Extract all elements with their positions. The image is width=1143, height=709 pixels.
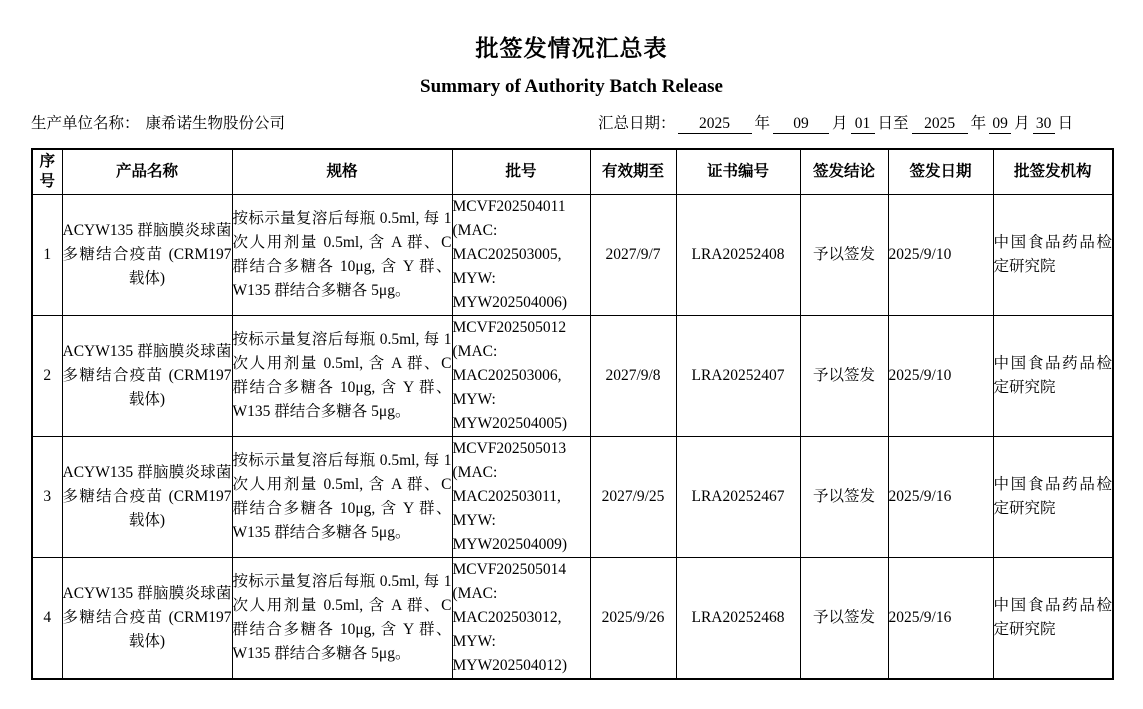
cell-issue-date: 2025/9/16 (888, 558, 993, 680)
cell-seq: 4 (32, 558, 62, 680)
cell-product: ACYW135 群脑膜炎球菌多糖结合疫苗 (CRM197 载体) (62, 195, 232, 316)
cell-product: ACYW135 群脑膜炎球菌多糖结合疫苗 (CRM197 载体) (62, 316, 232, 437)
cell-agency: 中国食品药品检定研究院 (993, 316, 1113, 437)
summary-date-year-from: 2025 (678, 114, 752, 134)
cell-spec: 按标示量复溶后每瓶 0.5ml, 每 1 次人用剂量 0.5ml, 含 A 群、… (232, 437, 452, 558)
table-row: 2 ACYW135 群脑膜炎球菌多糖结合疫苗 (CRM197 载体) 按标示量复… (32, 316, 1113, 437)
summary-date-month-to: 09 (989, 114, 1011, 134)
unit-year-to: 年 (971, 115, 987, 132)
manufacturer-label: 生产单位名称： (31, 115, 140, 132)
document-page: 批签发情况汇总表 Summary of Authority Batch Rele… (0, 0, 1143, 709)
table-row: 4 ACYW135 群脑膜炎球菌多糖结合疫苗 (CRM197 载体) 按标示量复… (32, 558, 1113, 680)
cell-batch: MCVF202505014 (MAC: MAC202503012, MYW: M… (452, 558, 590, 680)
manufacturer-line: 生产单位名称：康希诺生物股份公司 (31, 111, 285, 133)
col-header-conclusion: 签发结论 (800, 149, 888, 195)
cell-seq: 2 (32, 316, 62, 437)
cell-seq: 1 (32, 195, 62, 316)
page-title: 批签发情况汇总表 (0, 30, 1143, 63)
page-subtitle: Summary of Authority Batch Release (0, 76, 1143, 98)
unit-month-to: 月 (1014, 115, 1030, 132)
cell-cert: LRA20252407 (676, 316, 800, 437)
summary-date-label: 汇总日期： (598, 115, 676, 132)
cell-issue-date: 2025/9/10 (888, 195, 993, 316)
summary-date-line: 汇总日期：2025年09月01日至2025年09月30日 (598, 111, 1074, 134)
table-row: 1 ACYW135 群脑膜炎球菌多糖结合疫苗 (CRM197 载体) 按标示量复… (32, 195, 1113, 316)
col-header-batch: 批号 (452, 149, 590, 195)
cell-agency: 中国食品药品检定研究院 (993, 195, 1113, 316)
cell-expiry: 2027/9/8 (590, 316, 676, 437)
cell-product: ACYW135 群脑膜炎球菌多糖结合疫苗 (CRM197 载体) (62, 558, 232, 680)
cell-spec: 按标示量复溶后每瓶 0.5ml, 每 1 次人用剂量 0.5ml, 含 A 群、… (232, 558, 452, 680)
summary-date-month-from: 09 (773, 114, 829, 134)
unit-month-from: 月 (832, 115, 848, 132)
cell-conclusion: 予以签发 (800, 316, 888, 437)
unit-year-from: 年 (755, 115, 771, 132)
cell-seq: 3 (32, 437, 62, 558)
cell-agency: 中国食品药品检定研究院 (993, 558, 1113, 680)
manufacturer-value: 康希诺生物股份公司 (146, 115, 286, 132)
summary-date-day-from: 01 (851, 114, 875, 134)
cell-issue-date: 2025/9/10 (888, 316, 993, 437)
col-header-agency: 批签发机构 (993, 149, 1113, 195)
batch-release-table: 序号 产品名称 规格 批号 有效期至 证书编号 签发结论 签发日期 批签发机构 … (31, 148, 1114, 680)
summary-date-year-to: 2025 (912, 114, 968, 134)
unit-day-to: 日至 (878, 115, 909, 132)
col-header-issue-date: 签发日期 (888, 149, 993, 195)
cell-product: ACYW135 群脑膜炎球菌多糖结合疫苗 (CRM197 载体) (62, 437, 232, 558)
cell-spec: 按标示量复溶后每瓶 0.5ml, 每 1 次人用剂量 0.5ml, 含 A 群、… (232, 316, 452, 437)
cell-cert: LRA20252408 (676, 195, 800, 316)
cell-agency: 中国食品药品检定研究院 (993, 437, 1113, 558)
col-header-cert: 证书编号 (676, 149, 800, 195)
table-row: 3 ACYW135 群脑膜炎球菌多糖结合疫苗 (CRM197 载体) 按标示量复… (32, 437, 1113, 558)
cell-conclusion: 予以签发 (800, 558, 888, 680)
cell-issue-date: 2025/9/16 (888, 437, 993, 558)
cell-cert: LRA20252467 (676, 437, 800, 558)
cell-batch: MCVF202505012 (MAC: MAC202503006, MYW: M… (452, 316, 590, 437)
cell-spec: 按标示量复溶后每瓶 0.5ml, 每 1 次人用剂量 0.5ml, 含 A 群、… (232, 195, 452, 316)
unit-day-end: 日 (1058, 115, 1074, 132)
cell-batch: MCVF202504011 (MAC: MAC202503005, MYW: M… (452, 195, 590, 316)
col-header-spec: 规格 (232, 149, 452, 195)
table-header-row: 序号 产品名称 规格 批号 有效期至 证书编号 签发结论 签发日期 批签发机构 (32, 149, 1113, 195)
cell-expiry: 2027/9/25 (590, 437, 676, 558)
col-header-seq: 序号 (32, 149, 62, 195)
cell-cert: LRA20252468 (676, 558, 800, 680)
col-header-product: 产品名称 (62, 149, 232, 195)
cell-expiry: 2025/9/26 (590, 558, 676, 680)
cell-conclusion: 予以签发 (800, 437, 888, 558)
cell-conclusion: 予以签发 (800, 195, 888, 316)
summary-date-day-to: 30 (1033, 114, 1055, 134)
col-header-expiry: 有效期至 (590, 149, 676, 195)
cell-batch: MCVF202505013 (MAC: MAC202503011, MYW: M… (452, 437, 590, 558)
cell-expiry: 2027/9/7 (590, 195, 676, 316)
